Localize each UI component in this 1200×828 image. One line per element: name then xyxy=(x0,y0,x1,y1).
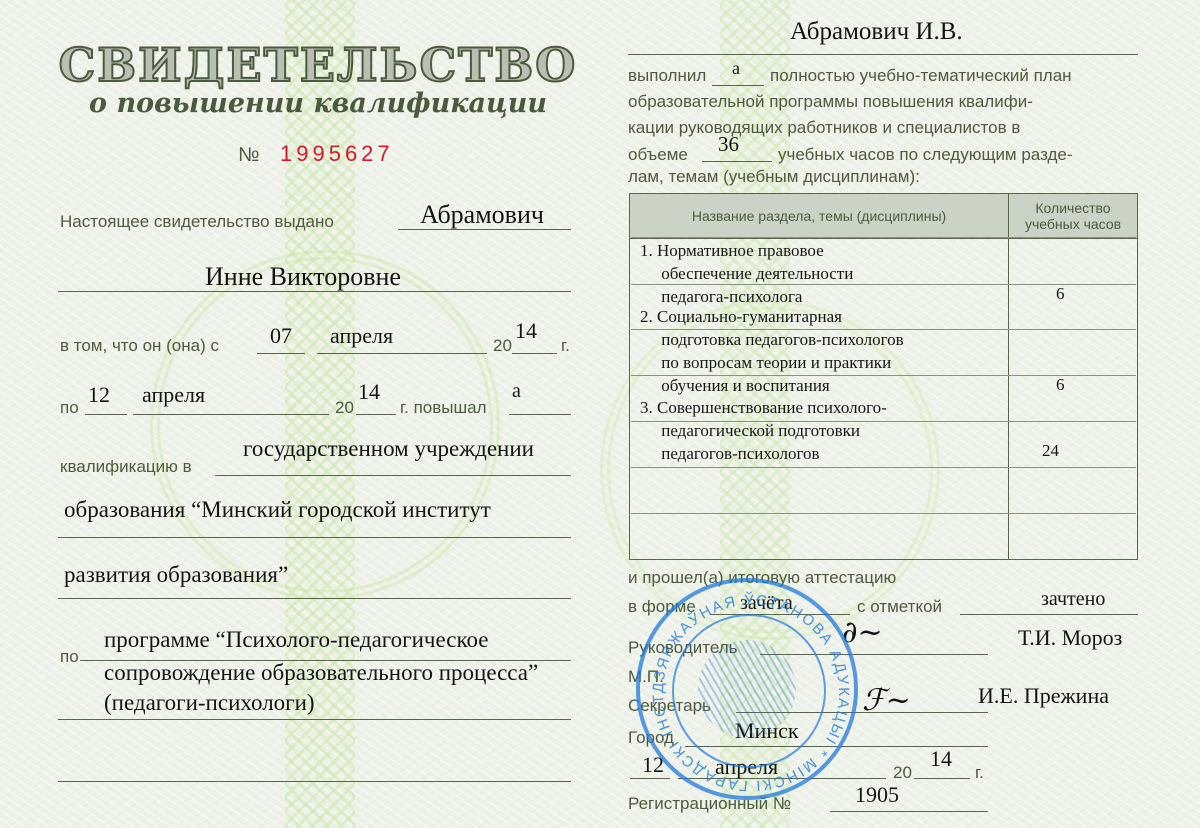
certificate-subtitle: о повышении квалификации xyxy=(48,88,588,119)
institution-line-2 xyxy=(58,537,571,538)
holder-given-names: Инне Викторовне xyxy=(205,262,401,292)
institution-line3: развития образования” xyxy=(64,562,288,588)
completed-label: выполнил xyxy=(628,66,706,86)
official-seal-stamp: ДЗЯРЖАЎНАЯ ЎСТАНОВА АДУКАЦЫІ * МІНСКІ ГА… xyxy=(636,578,858,800)
from-year-suffix: г. xyxy=(561,336,570,356)
improved-suffix: а xyxy=(512,380,521,403)
volume-hours: 36 xyxy=(718,132,739,157)
ornament-rosette-left xyxy=(150,250,500,600)
head-name: Т.И. Мороз xyxy=(1018,625,1122,651)
from-month-line xyxy=(317,353,487,354)
program-line1: программе “Психолого-педагогическое xyxy=(104,627,488,653)
column-header-topic: Название раздела, темы (дисциплины) xyxy=(630,194,1009,239)
column-header-hours: Количество учебных часов xyxy=(1009,194,1138,239)
to-year-prefix: 20 xyxy=(335,398,354,418)
from-year-prefix: 20 xyxy=(493,336,512,356)
completed-suffix: а xyxy=(732,58,740,79)
improved-suffix-line xyxy=(509,414,571,415)
table-row-hours: 24 xyxy=(1042,441,1059,461)
improved-label: г. повышал xyxy=(400,398,487,418)
to-day: 12 xyxy=(88,382,110,408)
given-names-line xyxy=(58,291,571,292)
program-line3: (педагоги-психологи) xyxy=(104,690,315,716)
volume-line xyxy=(702,161,772,162)
table-row-hours: 6 xyxy=(1056,284,1065,304)
table-row-topic-line: 2. Социально-гуманитарная xyxy=(640,306,842,328)
issue-year: 14 xyxy=(930,746,952,772)
secretary-name: И.Е. Прежина xyxy=(978,683,1109,709)
table-row-topic-line: 1. Нормативное правовое xyxy=(640,240,824,262)
to-year: 14 xyxy=(358,379,380,405)
grade-label: с отметкой xyxy=(857,597,942,617)
issue-year-prefix: 20 xyxy=(893,763,912,783)
table-row-topic-line: подготовка педагогов-психологов xyxy=(640,329,904,351)
program-label: по xyxy=(60,647,79,667)
volume-label: объеме xyxy=(628,145,688,165)
institution-line1: государственном учреждении xyxy=(243,436,534,462)
stamp-ring-text: ДЗЯРЖАЎНАЯ ЎСТАНОВА АДУКАЦЫІ * МІНСКІ ГА… xyxy=(640,582,862,804)
row-divider xyxy=(631,467,1136,468)
institution-line-3 xyxy=(58,598,571,599)
table-body-hours xyxy=(1009,239,1138,560)
holder-short-line xyxy=(628,54,1138,55)
issue-year-line xyxy=(914,778,970,779)
institution-line-1 xyxy=(215,475,571,476)
plan-text-2: образовательной программы повышения квал… xyxy=(628,92,1033,112)
serial-number: 1995627 xyxy=(280,141,394,167)
svg-text:ДЗЯРЖАЎНАЯ ЎСТАНОВА АДУКАЦЫІ *: ДЗЯРЖАЎНАЯ ЎСТАНОВА АДУКАЦЫІ * МІНСКІ ГА… xyxy=(640,582,852,794)
row-divider xyxy=(631,237,1136,238)
row-divider xyxy=(631,513,1136,514)
to-month: апреля xyxy=(142,382,205,408)
table-row-topic-line: педагогов-психологов xyxy=(640,443,820,465)
grade-value: зачтено xyxy=(1041,588,1105,611)
plan-text-1: полностью учебно-тематический план xyxy=(770,66,1072,86)
table-row-hours: 6 xyxy=(1056,375,1065,395)
certificate-title: СВИДЕТЕЛЬСТВО xyxy=(48,38,588,92)
secretary-signature: ℱ~ xyxy=(862,683,911,718)
from-year: 14 xyxy=(515,318,537,344)
to-year-line xyxy=(356,414,396,415)
column-header-hours-line2: учебных часов xyxy=(1025,216,1121,232)
program-line-2 xyxy=(58,719,571,720)
table-row-topic-line: педагога-психолога xyxy=(640,286,802,308)
grade-line xyxy=(960,614,1138,615)
from-year-line xyxy=(512,353,557,354)
issued-to-label: Настоящее свидетельство выдано xyxy=(60,212,334,232)
from-day: 07 xyxy=(270,323,292,349)
from-month: апреля xyxy=(330,323,393,349)
table-row-topic-line: обеспечение деятельности xyxy=(640,263,853,285)
plan-text-3: кации руководящих работников и специалис… xyxy=(628,118,1020,138)
to-day-line xyxy=(85,414,127,415)
plan-text-5: лам, темам (учебным дисциплинам): xyxy=(628,167,920,187)
from-label: в том, что он (она) с xyxy=(60,336,219,356)
table-row-topic-line: обучения и воспитания xyxy=(640,375,830,397)
plan-text-4: учебных часов по следующим разде- xyxy=(778,145,1073,165)
to-month-line xyxy=(133,414,329,415)
holder-surname: Абрамович xyxy=(420,200,544,230)
program-line2: сопровождение образовательного процесса” xyxy=(104,660,538,686)
from-day-line xyxy=(257,353,305,354)
column-header-hours-line1: Количество xyxy=(1035,200,1110,216)
registration-line xyxy=(830,811,988,812)
table-row-topic-line: педагогической подготовки xyxy=(640,420,860,442)
table-row-topic-line: 3. Совершенствование психолого- xyxy=(640,397,887,419)
issue-year-suffix: г. xyxy=(975,763,984,783)
holder-short-name: Абрамович И.В. xyxy=(790,18,963,46)
to-label: по xyxy=(60,398,79,418)
institution-line2: образования “Минский городской институт xyxy=(64,497,491,523)
program-line-3 xyxy=(58,781,571,782)
completed-suffix-line xyxy=(712,85,764,86)
table-row-topic-line: по вопросам теории и практики xyxy=(640,352,891,374)
qualification-label: квалификацию в xyxy=(60,457,192,477)
number-sign: № xyxy=(238,144,259,167)
